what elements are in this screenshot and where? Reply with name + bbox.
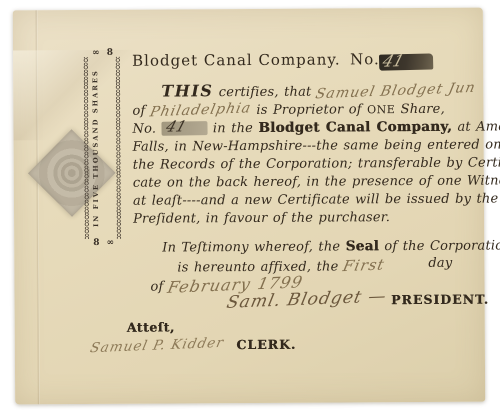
certificate-number-value: 41 <box>380 51 406 71</box>
certificate-paper: 888888888888888888888888888 888888888888… <box>13 8 485 405</box>
border-cap-top: ∞ 8 <box>92 48 115 58</box>
day-word: day <box>428 256 452 271</box>
at-amoskeig-text: at Amoskeig <box>452 119 500 135</box>
body-line-3: No. 41 in the Blodget Canal Company, at … <box>132 118 500 137</box>
company-title: Blodget Canal Company. <box>132 50 341 69</box>
body-line-1: THIS certifies, that Samuel Blodget Jun <box>161 80 475 101</box>
testimony-line-2: is hereunto affixed, the Firstday <box>177 256 452 276</box>
body-line-6: cate on the back hereof, in the presence… <box>133 173 500 190</box>
certifies-text: certifies, that <box>213 85 316 101</box>
attest-label: Atteſt, <box>127 319 175 334</box>
decorative-chain-border: 888888888888888888888888888 888888888888… <box>83 52 126 244</box>
share-number-value: 41 <box>164 117 189 135</box>
body-line-2: of Philadelphia is Proprietor of ONE Sha… <box>132 101 445 119</box>
holder-city-handwritten: Philadelphia <box>149 100 253 120</box>
company-blackletter: Blodget Canal Company, <box>258 119 452 136</box>
president-title: PRESIDENT. <box>391 292 489 308</box>
chain-column-right: 888888888888888888888888888 <box>115 57 124 239</box>
proprietor-text: is Proprietor of <box>251 102 367 118</box>
clerk-title: CLERK. <box>236 337 296 352</box>
body-line-4: Falls, in New-Hampshire---the same being… <box>133 137 500 154</box>
one-word: ONE <box>367 103 395 116</box>
testimony-line-1: In Teſtimony whereof, the Seal of the Co… <box>162 237 500 255</box>
certificate-number-label: No. <box>350 50 380 68</box>
body-line-8: Preſident, in favour of the purchaser. <box>133 210 390 227</box>
in-the-text: in the <box>208 121 259 136</box>
seal-word-blackletter: Seal <box>346 238 380 254</box>
day-ordinal-handwritten: First <box>342 255 387 275</box>
clerk-signature-line: Samuel P. Kidder CLERK. <box>91 334 297 354</box>
number-ink-blotch: 41 <box>379 53 433 70</box>
border-cap-bottom: 8 ∞ <box>93 238 116 248</box>
share-word: Share, <box>395 102 445 117</box>
certificate-number-field: 41 <box>379 52 433 71</box>
this-word: THIS <box>161 81 213 100</box>
body-line-5: the Records of the Corporation; transfer… <box>133 155 500 172</box>
affixed-text: is hereunto affixed, the <box>177 259 344 275</box>
president-signature-handwritten: Saml. Blodget — <box>225 286 389 313</box>
border-vertical-text: IN FIVE THOUSAND SHARES <box>91 68 116 228</box>
no-label: No. <box>132 122 161 137</box>
testimony-post: of the Corporation <box>379 238 500 254</box>
share-number-smudge: 41 <box>161 121 207 136</box>
clerk-signature-handwritten: Samuel P. Kidder <box>89 335 226 356</box>
testimony-pre: In Teſtimony whereof, the <box>162 239 345 255</box>
body-line-7: at leaſt----and a new Certificate will b… <box>133 191 498 208</box>
president-signature-line: Saml. Blodget — PRESIDENT. <box>228 289 490 311</box>
holder-name-handwritten: Samuel Blodget Jun <box>314 80 477 103</box>
scanned-certificate-page: { "colors": { "paper": "#e7dbbd", "ink":… <box>0 0 500 413</box>
